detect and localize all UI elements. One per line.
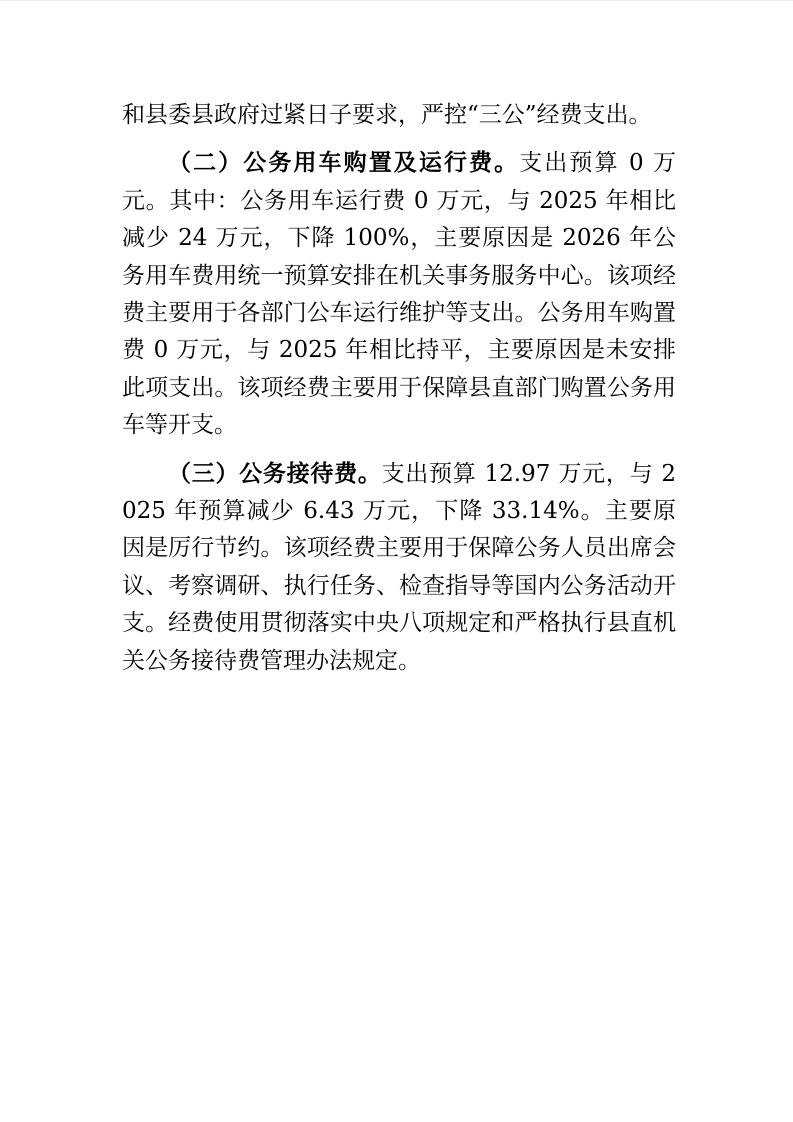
text-run: 支出预算 0 万元。其中：公务用车运行费 0 万元，与 2025 年相比减少 2… — [122, 150, 676, 438]
paragraph-reception-expenses: （三）公务接待费。支出预算 12.97 万元，与 2025 年预算减少 6.43… — [122, 455, 676, 680]
document-body: 和县委县政府过紧日子要求，严控“三公”经费支出。（二）公务用车购置及运行费。支出… — [122, 97, 676, 690]
text-run: 支出预算 12.97 万元，与 2025 年预算减少 6.43 万元，下降 33… — [122, 461, 676, 674]
heading-run: （二）公务用车购置及运行费。 — [168, 149, 519, 176]
paragraph-vehicle-expenses: （二）公务用车购置及运行费。支出预算 0 万元。其中：公务用车运行费 0 万元，… — [122, 144, 676, 444]
heading-run: （三）公务接待费。 — [168, 460, 382, 487]
text-run: 和县委县政府过紧日子要求，严控“三公”经费支出。 — [122, 102, 652, 128]
document-page: 和县委县政府过紧日子要求，严控“三公”经费支出。（二）公务用车购置及运行费。支出… — [0, 0, 793, 1122]
paragraph-continuation: 和县委县政府过紧日子要求，严控“三公”经费支出。 — [122, 97, 676, 134]
